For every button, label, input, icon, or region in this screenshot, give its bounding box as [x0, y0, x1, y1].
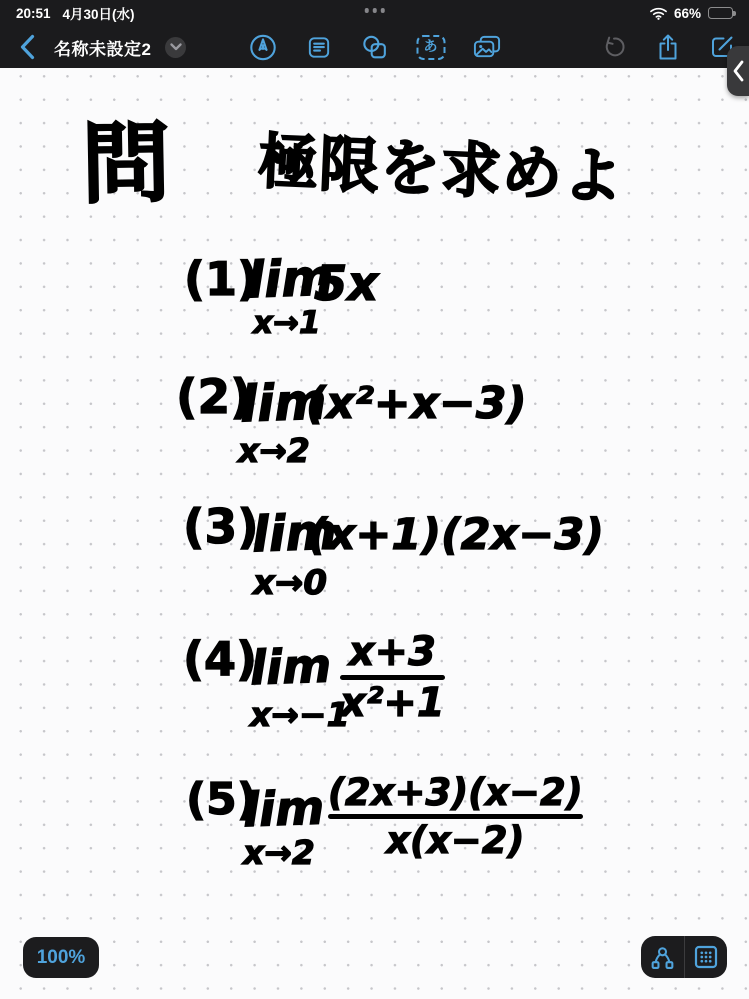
problem-4-lim: lim [249, 643, 332, 693]
share-icon[interactable] [653, 33, 682, 62]
problem-3-expr: (x+1)(2x−3) [308, 514, 604, 557]
notes-tool-icon[interactable] [304, 33, 333, 62]
problem-5-approach: x→2 [243, 836, 315, 869]
text-recognition-icon[interactable]: あ [416, 33, 445, 62]
note-canvas[interactable]: 問 極限を求めよ (1) lim 5x x→1 (2) lim (x²+x−3)… [0, 68, 749, 999]
problem-4-fraction: x+3 x²+1 [340, 632, 445, 723]
multitask-indicator-icon [364, 8, 385, 13]
problem-3-label: (3) [183, 504, 259, 551]
document-title[interactable]: 名称未設定2 [54, 35, 151, 60]
text-recognition-glyph: あ [424, 40, 438, 54]
shapes-tool-icon[interactable] [360, 33, 389, 62]
photos-tool-icon[interactable] [472, 33, 501, 62]
problem-4-label: (4) [183, 636, 257, 682]
problem-4-numerator: x+3 [349, 632, 436, 672]
ipad-screen: 20:51 4月30日(水) 66% [0, 0, 749, 999]
problem-3-approach: x→0 [253, 566, 327, 600]
date: 4月30日(水) [63, 3, 135, 23]
problem-1-expr: 5x [314, 260, 378, 308]
battery-percent: 66% [674, 6, 701, 21]
problem-2-expr: (x²+x−3) [306, 382, 527, 426]
clock: 20:51 [16, 6, 51, 21]
back-button[interactable] [13, 33, 42, 62]
undo-icon[interactable] [599, 33, 628, 62]
battery-icon [708, 7, 733, 20]
zoom-level-button[interactable]: 100% [23, 937, 99, 978]
title-chevron-down-icon[interactable] [165, 37, 186, 58]
problem-5-numerator: (2x+3)(x−2) [328, 774, 583, 811]
toolbar-center: あ [248, 33, 501, 62]
problem-1-approach: x→1 [253, 308, 321, 339]
toolbar: 名称未設定2 [0, 26, 749, 68]
heading-text: 極限を求めよ [257, 132, 625, 208]
problem-2-approach: x→2 [238, 434, 310, 467]
status-right: 66% [650, 6, 733, 21]
problem-5-denominator: x(x−2) [386, 822, 524, 859]
problem-4-approach: x→−1 [250, 698, 350, 731]
problem-5-fraction: (2x+3)(x−2) x(x−2) [328, 774, 583, 859]
nav-left: 名称未設定2 [13, 33, 186, 62]
wifi-icon [650, 7, 667, 20]
status-left: 20:51 4月30日(水) [16, 3, 135, 23]
sidebar-pull-tab[interactable] [727, 46, 749, 96]
grid-keypad-icon[interactable] [685, 936, 728, 978]
problem-5-lim: lim [242, 785, 325, 835]
bottom-right-toolbar [641, 936, 727, 978]
mind-map-icon[interactable] [641, 936, 684, 978]
heading-mark: 問 [81, 119, 171, 209]
problem-4-denominator: x²+1 [340, 683, 445, 723]
pen-tool-icon[interactable] [248, 33, 277, 62]
toolbar-right [599, 33, 736, 62]
zoom-level-label: 100% [37, 947, 86, 969]
status-bar: 20:51 4月30日(水) 66% [0, 0, 749, 26]
